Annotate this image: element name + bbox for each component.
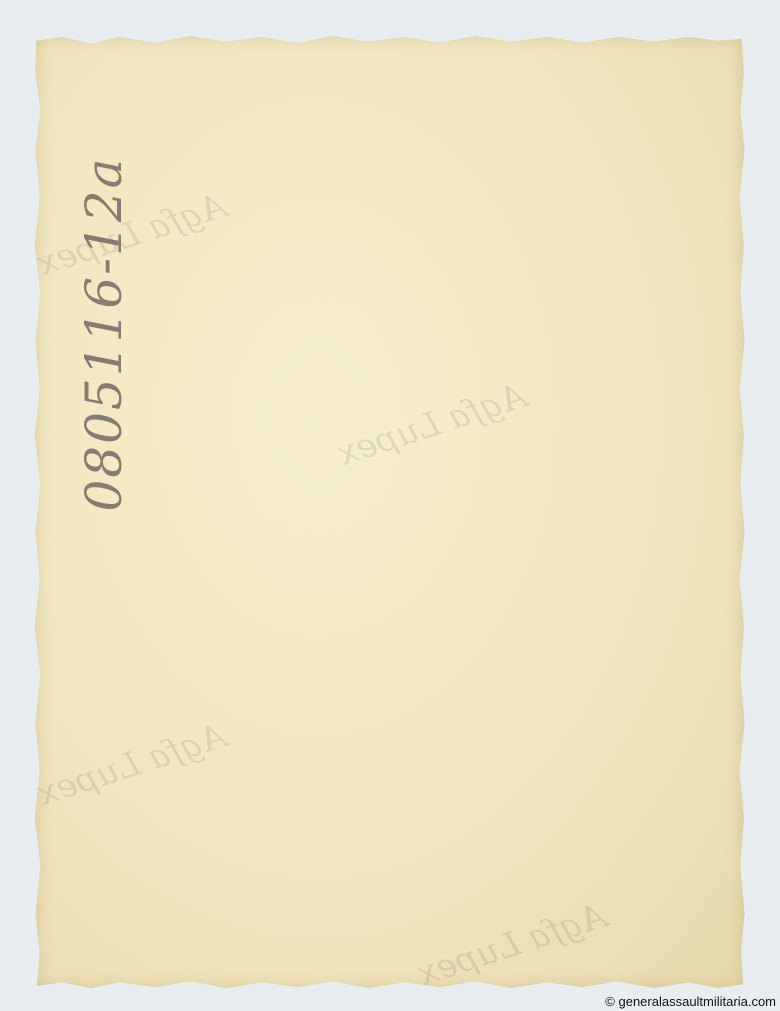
watermark-agfa-lupex: Agfa Lupex bbox=[33, 716, 231, 814]
handwritten-inventory-number: 0805116-12a bbox=[75, 144, 133, 524]
edge-aging bbox=[34, 35, 746, 990]
copyright-notice: © generalassaultmilitaria.com bbox=[605, 994, 776, 1009]
watermark-agfa-lupex: Agfa Lupex bbox=[413, 896, 611, 994]
watermark-agfa-lupex: Agfa Lupex bbox=[333, 376, 531, 474]
photo-back: Agfa Lupex Agfa Lupex Agfa Lupex Agfa Lu… bbox=[34, 35, 746, 990]
